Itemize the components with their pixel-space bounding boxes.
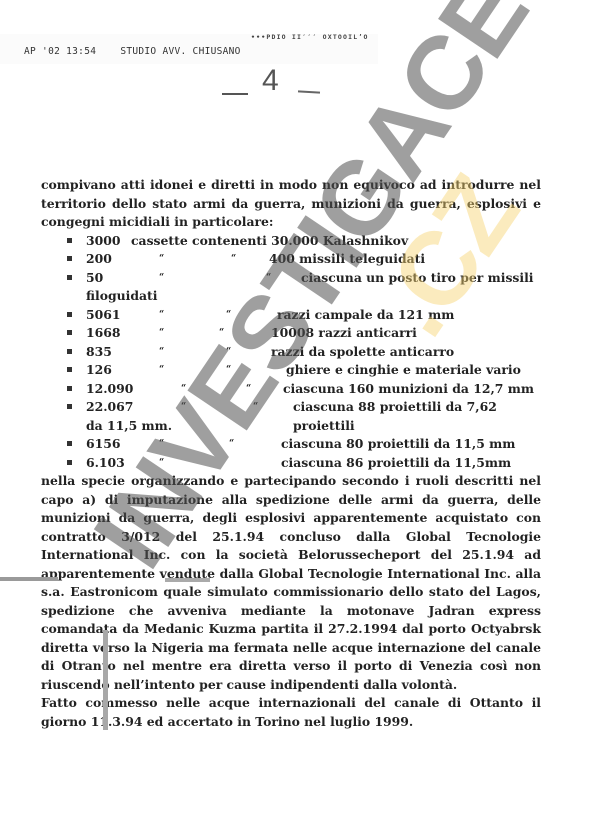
list-item: 5061““razzi campale da 121 mm [41,306,541,325]
ditto-mark: “ [159,250,164,269]
item-description: ghiere e cinghie e materiale vario [286,361,521,380]
scan-artifact-underline [165,578,210,582]
weapons-list: 3000cassette contenenti 30.000 Kalashnik… [41,232,541,473]
page-number-value: 4 [262,64,279,98]
fax-top-line: •••PDIO II′′′ OXTOOIL’O [251,33,369,41]
fax-sender: STUDIO AVV. CHIUSANO [120,46,240,57]
item-quantity: 6.103 [86,454,125,473]
ditto-mark: “ [219,324,224,343]
item-description: 400 missili teleguidati [269,250,425,269]
page-number-dash-left [222,93,248,95]
fax-date-time: AP '02 13:54 [24,46,96,57]
item-quantity: 22.067 [86,398,133,417]
bullet-icon [67,441,72,446]
bullet-icon [67,238,72,243]
ditto-mark: “ [246,380,251,399]
list-item: 1668““10008 razzi anticarri [41,324,541,343]
item-description: 10008 razzi anticarri [271,324,417,343]
item-description: razzi campale da 121 mm [277,306,454,325]
ditto-mark: “ [159,306,164,325]
item-description: ciascuna 80 proiettili da 11,5 mm [281,435,515,454]
item-description: ciascuna un posto tiro per missili [301,269,534,288]
item-quantity: 200 [86,250,112,269]
item-quantity: 3000 [86,232,121,251]
main-paragraph: nella specie organizzando e partecipando… [41,472,541,694]
ditto-mark: “ [159,269,164,288]
item-quantity: 6156 [86,435,121,454]
item-quantity: 126 [86,361,112,380]
list-item: 50““ciascuna un posto tiro per missilifi… [41,269,541,306]
list-item: 835““razzi da spolette anticarro [41,343,541,362]
item-quantity: 12.090 [86,380,133,399]
item-quantity: 5061 [86,306,121,325]
ditto-mark: “ [226,306,231,325]
ditto-mark: “ [229,435,234,454]
ditto-mark: “ [226,361,231,380]
ditto-mark: “ [159,324,164,343]
list-item: 200““400 missili teleguidati [41,250,541,269]
item-continuation: filoguidati [86,287,541,306]
bullet-icon [67,330,72,335]
list-item: 12.090““ciascuna 160 munizioni da 12,7 m… [41,380,541,399]
ditto-mark: “ [159,454,164,473]
bullet-icon [67,256,72,261]
scan-artifact-bar [0,577,58,581]
item-description: ciascuna 160 munizioni da 12,7 mm [283,380,534,399]
ditto-mark: “ [231,250,236,269]
ditto-mark: “ [159,343,164,362]
fax-transmission-line: AP '02 13:54 STUDIO AVV. CHIUSANO [24,46,241,57]
ditto-mark: “ [159,361,164,380]
document-body: compivano atti idonei e diretti in modo … [41,176,541,731]
item-description: ciascuna 86 proiettili da 11,5mm [281,454,511,473]
page-number-dash-right [298,90,320,93]
ditto-mark: “ [226,343,231,362]
list-item: 6156““ciascuna 80 proiettili da 11,5 mm [41,435,541,454]
ditto-mark: “ [253,398,258,417]
bullet-icon [67,312,72,317]
bullet-icon [67,386,72,391]
intro-paragraph: compivano atti idonei e diretti in modo … [41,176,541,232]
bullet-icon [67,367,72,372]
ditto-mark: “ [181,398,186,417]
ditto-mark: “ [266,269,271,288]
list-item: 6.103“ciascuna 86 proiettili da 11,5mm [41,454,541,473]
scan-artifact-vertical [103,630,108,730]
bullet-icon [67,460,72,465]
bullet-icon [67,275,72,280]
item-quantity: 50 [86,269,103,288]
item-description: cassette contenenti 30.000 Kalashnikov [131,232,408,251]
list-item: 3000cassette contenenti 30.000 Kalashnik… [41,232,541,251]
ditto-mark: “ [181,380,186,399]
final-paragraph: Fatto commesso nelle acque internazional… [41,694,541,731]
bullet-icon [67,404,72,409]
bullet-icon [67,349,72,354]
item-description: ciascuna 88 proiettili da 7,62 proiettil… [293,398,541,435]
list-item: 22.067““ciascuna 88 proiettili da 7,62 p… [41,398,541,435]
ditto-mark: “ [159,435,164,454]
item-quantity: 1668 [86,324,121,343]
item-description: razzi da spolette anticarro [271,343,454,362]
item-quantity: 835 [86,343,112,362]
list-item: 126““ghiere e cinghie e materiale vario [41,361,541,380]
